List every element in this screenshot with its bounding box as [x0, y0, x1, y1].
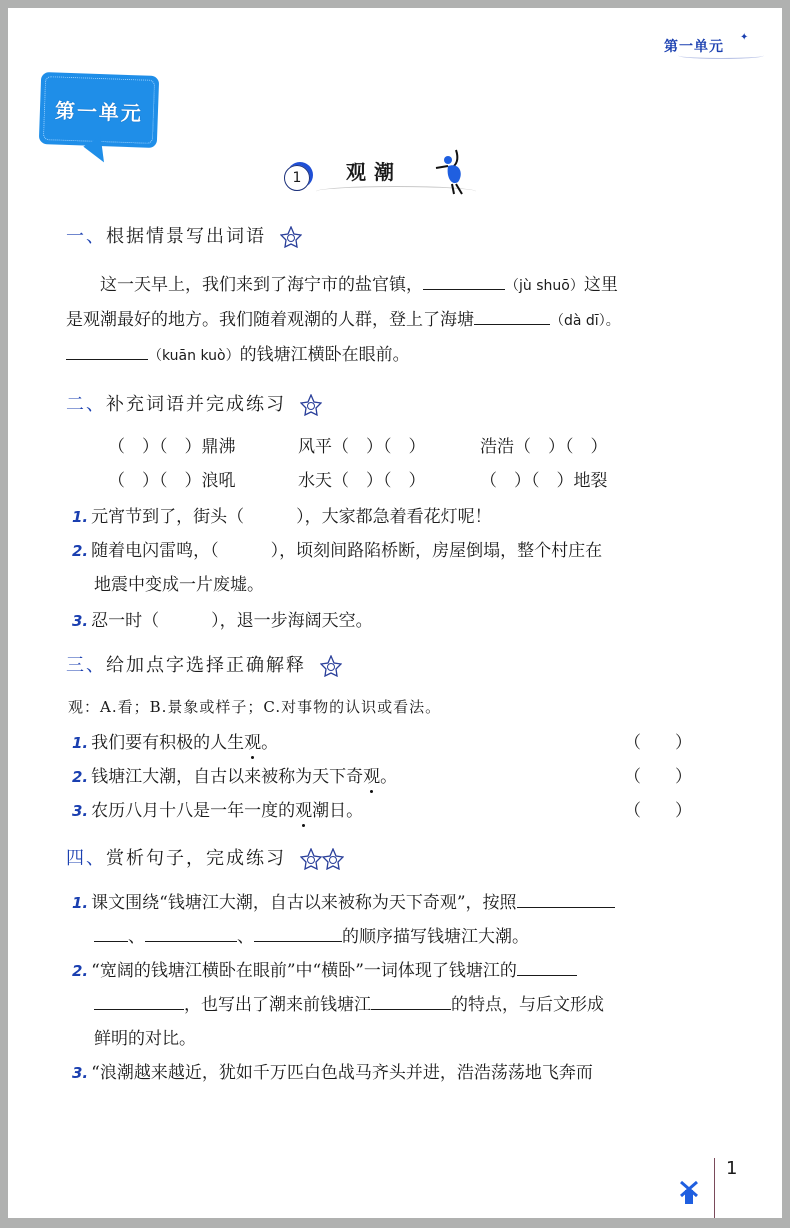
answer-blank[interactable]: [254, 923, 342, 942]
unit-bubble-label: 第一单元: [40, 94, 159, 127]
idiom-fill-item[interactable]: 水天（ ）（ ）: [298, 464, 480, 498]
question-text-continued: 鲜明的对比。: [72, 1022, 692, 1056]
question-item: 3.“浪潮越来越近，犹如千万匹白色战马齐头并进，浩浩荡荡地飞奔而: [72, 1056, 692, 1090]
difficulty-star-icon: [320, 655, 342, 677]
section-1-number: 一、: [66, 226, 106, 247]
dotted-character: 观: [295, 801, 312, 821]
question-item-continued: 、、的顺序描写钱塘江大潮。: [72, 920, 692, 954]
question-item: 2.钱塘江大潮，自古以来被称为天下奇观。 （ ）: [72, 760, 692, 794]
difficulty-star-icon: [300, 394, 322, 416]
section-3-number: 三、: [66, 655, 106, 676]
question-text: 随着电闪雷鸣，（: [91, 541, 219, 561]
difficulty-star-icon: [300, 848, 322, 870]
question-number: 2.: [72, 768, 88, 786]
question-text: ，也写出了潮来前钱塘江: [184, 995, 371, 1015]
section-3-heading: 三、给加点字选择正确解释: [66, 651, 342, 677]
section-2-questions: 1.元宵节到了，街头（），大家都急着看花灯呢！ 2.随着电闪雷鸣，（），顷刻间路…: [72, 500, 692, 638]
answer-blank-dadi[interactable]: [474, 306, 550, 325]
question-text: ），退一步海阔天空。: [211, 611, 373, 631]
passage-text: 的钱塘江横卧在眼前。: [240, 345, 410, 365]
idiom-fill-item[interactable]: 风平（ ）（ ）: [298, 430, 480, 464]
separator: 、: [128, 927, 145, 947]
question-text: 钱塘江大潮，自古以来被称为天下奇: [91, 767, 363, 787]
question-number: 3.: [72, 802, 88, 820]
question-item: 1.我们要有积极的人生观。 （ ）: [72, 726, 692, 760]
idiom-fill-item[interactable]: （ ）（ ）鼎沸: [108, 430, 298, 464]
question-text: 。: [261, 733, 278, 753]
question-number: 1.: [72, 508, 88, 526]
answer-blank[interactable]: [517, 957, 577, 976]
lesson-title: 观潮: [346, 156, 402, 185]
question-text: 农历八月十八是一年一度的: [91, 801, 295, 821]
question-text: “宽阔的钱塘江横卧在眼前”中“横卧”一词体现了钱塘江的: [91, 961, 517, 981]
question-text: 课文围绕“钱塘江大潮，自古以来被称为天下奇观”，按照: [91, 893, 516, 913]
idiom-fill-item[interactable]: 浩浩（ ）（ ）: [480, 430, 608, 464]
passage-text: 这一天早上，我们来到了海宁市的盐官镇，: [100, 275, 423, 295]
question-text: 。: [380, 767, 397, 787]
question-text: ），顷刻间路陷桥断，房屋倒塌，整个村庄在: [271, 541, 603, 561]
separator: 、: [237, 927, 254, 947]
section-2-heading: 二、补充词语并完成练习: [66, 390, 322, 416]
question-item: 3.农历八月十八是一年一度的观潮日。 （ ）: [72, 794, 692, 828]
question-number: 2.: [72, 962, 88, 980]
answer-parentheses[interactable]: （ ）: [624, 760, 692, 794]
question-text: 我们要有积极的人生: [91, 733, 244, 753]
section-1-heading: 一、根据情景写出词语: [66, 222, 302, 248]
idiom-grid: （ ）（ ）鼎沸 风平（ ）（ ） 浩浩（ ）（ ） （ ）（ ）浪吼 水天（ …: [108, 430, 668, 498]
answer-blank[interactable]: [94, 991, 184, 1010]
worksheet-page: 第一单元 ✦ 第一单元 1 观潮 一、根据情景写出词语 这一天早上，我们来到了海…: [8, 8, 782, 1218]
question-number: 1.: [72, 734, 88, 752]
section-4-title: 赏析句子，完成练习: [106, 848, 286, 869]
question-number: 2.: [72, 542, 88, 560]
sparkle-icon: ✦: [740, 32, 748, 43]
footer-divider: [714, 1158, 715, 1218]
question-number: 1.: [72, 894, 88, 912]
question-item-continued: ，也写出了潮来前钱塘江的特点，与后文形成: [72, 988, 692, 1022]
header-swoosh-decoration: [678, 52, 764, 59]
jumping-figure-icon: [434, 148, 474, 198]
section-4-questions: 1.课文围绕“钱塘江大潮，自古以来被称为天下奇观”，按照 、、的顺序描写钱塘江大…: [72, 886, 692, 1090]
answer-blank[interactable]: [94, 923, 128, 942]
question-text: 元宵节到了，街头（: [91, 507, 244, 527]
passage-text: 这里: [584, 275, 618, 295]
question-number: 3.: [72, 1064, 88, 1082]
dotted-character: 观: [363, 767, 380, 787]
section-2-number: 二、: [66, 394, 106, 415]
pinyin-hint: （jù shuō）: [505, 278, 584, 294]
lesson-number-badge: 1: [284, 165, 310, 191]
page-number: 1: [726, 1158, 737, 1179]
question-item: 2.随着电闪雷鸣，（），顷刻间路陷桥断，房屋倒塌，整个村庄在: [72, 534, 692, 568]
pinyin-hint: （kuān kuò）: [148, 348, 240, 364]
answer-blank[interactable]: [145, 923, 237, 942]
answer-blank[interactable]: [517, 889, 615, 908]
dotted-character: 观: [244, 733, 261, 753]
section-1-title: 根据情景写出词语: [106, 226, 266, 247]
answer-blank-kuankuo[interactable]: [66, 341, 148, 360]
section-3-title: 给加点字选择正确解释: [106, 655, 306, 676]
section-4-heading: 四、赏析句子，完成练习: [66, 844, 344, 870]
section-2-title: 补充词语并完成练习: [106, 394, 286, 415]
question-item: 1.课文围绕“钱塘江大潮，自古以来被称为天下奇观”，按照: [72, 886, 692, 920]
question-text: 忍一时（: [91, 611, 159, 631]
idiom-fill-item[interactable]: （ ）（ ）浪吼: [108, 464, 298, 498]
question-item: 3.忍一时（），退一步海阔天空。: [72, 604, 692, 638]
question-text: 的特点，与后文形成: [451, 995, 604, 1015]
section-3-questions: 1.我们要有积极的人生观。 （ ） 2.钱塘江大潮，自古以来被称为天下奇观。 （…: [72, 726, 692, 828]
question-text: 的顺序描写钱塘江大潮。: [342, 927, 529, 947]
question-text: ），大家都急着看花灯呢！: [296, 507, 492, 527]
question-item: 1.元宵节到了，街头（），大家都急着看花灯呢！: [72, 500, 692, 534]
section-1-passage: 这一天早上，我们来到了海宁市的盐官镇，（jù shuō）这里 是观潮最好的地方。…: [66, 268, 686, 373]
answer-blank-jushuo[interactable]: [423, 271, 505, 290]
question-number: 3.: [72, 612, 88, 630]
answer-parentheses[interactable]: （ ）: [624, 794, 692, 828]
answer-blank[interactable]: [371, 991, 451, 1010]
idiom-fill-item[interactable]: （ ）（ ）地裂: [480, 464, 608, 498]
difficulty-star-icon: [280, 226, 302, 248]
answer-parentheses[interactable]: （ ）: [624, 726, 692, 760]
difficulty-star-icon: [322, 848, 344, 870]
windmill-icon: [678, 1180, 700, 1206]
passage-text: 是观潮最好的地方。我们随着观潮的人群，登上了海塘: [66, 310, 474, 330]
question-text: “浪潮越来越近，犹如千万匹白色战马齐头并进，浩浩荡荡地飞奔而: [91, 1063, 593, 1083]
question-text: 潮日。: [312, 801, 363, 821]
definition-line: 观：A.看；B.景象或样子；C.对事物的认识或看法。: [68, 696, 441, 717]
section-4-number: 四、: [66, 848, 106, 869]
question-item: 2.“宽阔的钱塘江横卧在眼前”中“横卧”一词体现了钱塘江的: [72, 954, 692, 988]
question-text-continued: 地震中变成一片废墟。: [72, 568, 692, 602]
pinyin-hint: （dà dī）。: [550, 313, 620, 329]
